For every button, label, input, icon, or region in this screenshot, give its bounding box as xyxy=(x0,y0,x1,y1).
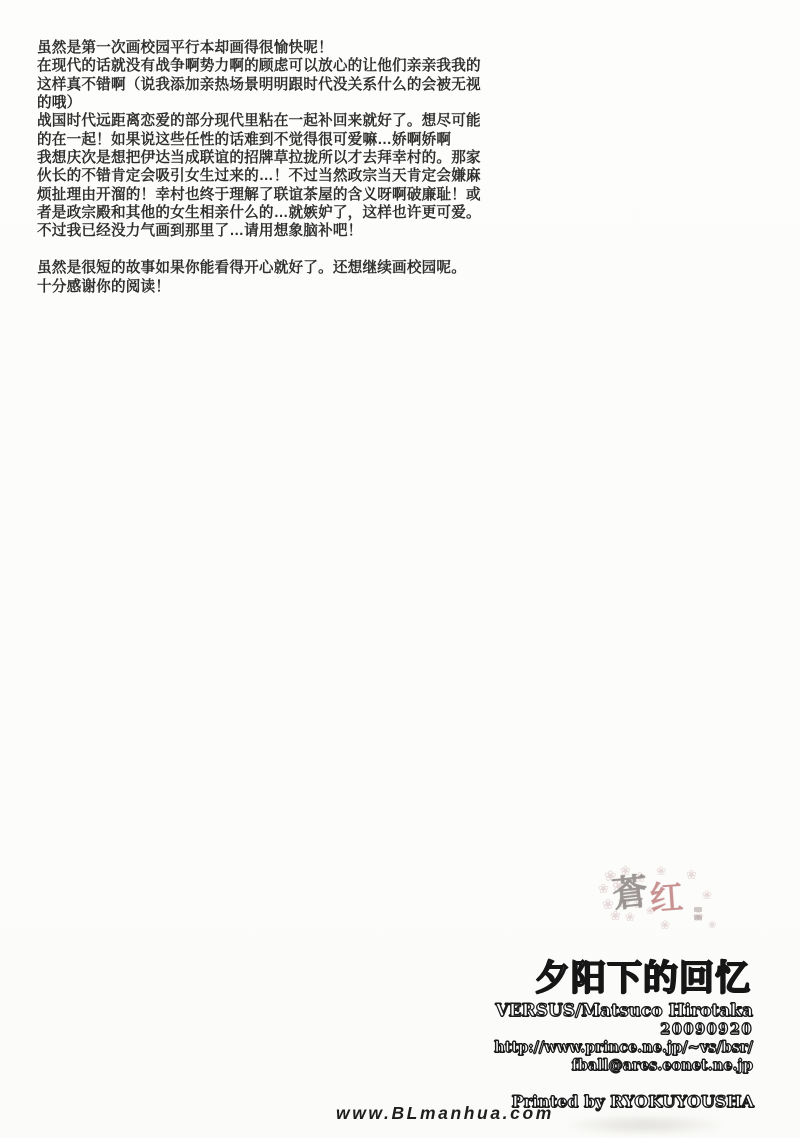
flower-icon: ❀ xyxy=(598,883,609,896)
logo-character-kou: 红 xyxy=(649,880,684,915)
flower-icon: ❀ xyxy=(708,921,716,931)
flower-icon: ❀ xyxy=(686,869,697,882)
afterword-line: 的在一起！如果说这些任性的话难到不觉得很可爱嘛…娇啊娇啊 xyxy=(37,131,507,149)
release-date: 20090920 xyxy=(660,1021,753,1038)
afterword-line: 的哦） xyxy=(37,94,507,112)
flower-icon: ❀ xyxy=(656,865,666,877)
afterword-line: 烦扯理由开溜的！幸村也终于理解了联谊茶屋的含义呀啊破廉耻！或 xyxy=(37,186,507,204)
site-watermark: www.BLmanhua.com xyxy=(336,1103,554,1124)
afterword-line: 这样真不错啊（说我添加亲热场景明明跟时代没关系什么的会被无视 xyxy=(37,76,507,94)
afterword-paragraph: 虽然是第一次画校园平行本却画得很愉快呢！ 在现代的话就没有战争啊势力啊的顾虑可以… xyxy=(37,39,507,241)
logo-small-seal-marks xyxy=(694,907,704,923)
circle-logo-stamp: ❀ ❀ ❀ ❀ ❀ ❀ ❀ ❀ ❀ ❀ ❀ ❀ ❀ ❀ ❀ ❀ ❀ ❀ 蒼 红 xyxy=(596,865,730,947)
afterword-line: 战国时代远距离恋爱的部分现代里粘在一起补回来就好了。想尽可能 xyxy=(37,112,507,130)
afterword-line: 虽然是很短的故事如果你能看得开心就好了。还想继续画校园呢。 xyxy=(37,259,507,277)
scan-smudge xyxy=(560,1114,730,1136)
email-address: fball@ares.eonet.ne.jp xyxy=(572,1057,753,1074)
flower-icon: ❀ xyxy=(702,889,712,901)
afterword-line: 者是政宗殿和其他的女生相亲什么的…就嫉妒了，这样也许更可爱。 xyxy=(37,204,507,222)
afterword-paragraph: 虽然是很短的故事如果你能看得开心就好了。还想继续画校园呢。 十分感谢你的阅读！ xyxy=(37,259,507,296)
website-url: http://www.prince.ne.jp/~vs/bsr/ xyxy=(494,1039,753,1056)
afterword-line: 十分感谢你的阅读！ xyxy=(37,278,507,296)
scanned-page: 虽然是第一次画校园平行本却画得很愉快呢！ 在现代的话就没有战争啊势力啊的顾虑可以… xyxy=(0,0,800,1138)
afterword-line: 虽然是第一次画校园平行本却画得很愉快呢！ xyxy=(37,39,507,57)
circle-credit: VERSUS/Matsuco Hirotaka xyxy=(495,1001,753,1021)
afterword-line: 我想庆次是想把伊达当成联谊的招牌草拉拢所以才去拜幸村的。那家 xyxy=(37,149,507,167)
afterword-text: 虽然是第一次画校园平行本却画得很愉快呢！ 在现代的话就没有战争啊势力啊的顾虑可以… xyxy=(37,39,507,296)
afterword-line: 在现代的话就没有战争啊势力啊的顾虑可以放心的让他们亲亲我我的 xyxy=(37,57,507,75)
flower-icon: ❀ xyxy=(660,919,670,931)
logo-character-ao: 蒼 xyxy=(610,873,650,913)
afterword-line: 伙长的不错肯定会吸引女生过来的…！不过当然政宗当天肯定会嫌麻 xyxy=(37,167,507,185)
afterword-line: 不过我已经没力气画到那里了…请用想象脑补吧！ xyxy=(37,222,507,240)
book-title: 夕阳下的回忆 xyxy=(535,951,751,1001)
